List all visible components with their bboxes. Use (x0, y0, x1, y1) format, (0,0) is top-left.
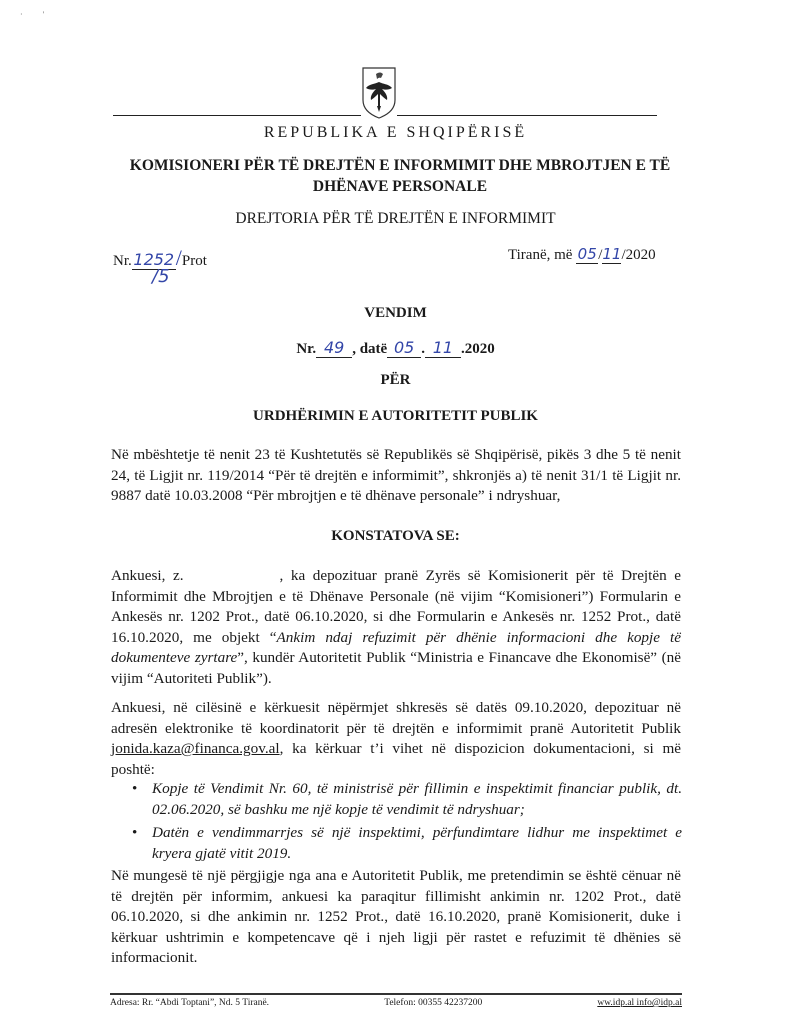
decision-month-handwritten: 11 (425, 338, 461, 358)
legal-basis-paragraph: Në mbështetje të nenit 23 të Kushtetutës… (111, 445, 681, 507)
konstatova-heading: KONSTATOVA SE: (0, 528, 791, 545)
request-paragraph: Ankuesi, në cilësinë e kërkuesit nëpërmj… (111, 698, 681, 780)
complaint-paragraph: Ankuesi, z., ka depozituar pranë Zyrës s… (111, 566, 681, 689)
year: /2020 (621, 247, 655, 263)
decision-nr-handwritten: 49 (316, 338, 352, 358)
footer: Adresa: Rr. “Abdi Toptani”, Nd. 5 Tiranë… (110, 998, 682, 1008)
decision-year: .2020 (461, 341, 495, 357)
list-item: Kopje të Vendimit Nr. 60, të ministrisë … (130, 779, 682, 820)
decision-title: VENDIM (0, 305, 791, 322)
footer-rule (110, 993, 682, 995)
footer-website-link[interactable]: ww.idp.al info@idp.al (597, 998, 682, 1008)
month-handwritten: 11 (602, 245, 621, 264)
protocol-prefix: Nr. (113, 253, 132, 269)
decision-day-handwritten: 05 (387, 338, 421, 358)
decision-date-prefix: , datë (352, 341, 387, 357)
place-prefix: Tiranë, më (508, 247, 572, 263)
per-heading: PËR (0, 372, 791, 389)
footer-phone: Telefon: 00355 42237200 (384, 998, 482, 1008)
coat-of-arms-icon (361, 66, 397, 120)
scan-specks: · ' (20, 10, 44, 19)
footer-address: Adresa: Rr. “Abdi Toptani”, Nd. 5 Tiranë… (110, 998, 269, 1008)
request-text: Ankuesi, në cilësinë e kërkuesit nëpërmj… (111, 699, 681, 737)
list-item: Datën e vendimmarrjes së një inspektimi,… (130, 823, 682, 864)
decision-subject: URDHËRIMIN E AUTORITETIT PUBLIK (0, 408, 791, 425)
institution-title: KOMISIONERI PËR TË DREJTËN E INFORMIMIT … (100, 155, 700, 197)
header-rule-right (397, 115, 657, 116)
complainant-label: Ankuesi, z. (111, 567, 184, 584)
decision-number: Nr.49, datë05.11.2020 (0, 338, 791, 358)
protocol-sub-handwritten: /5 (152, 266, 170, 287)
appeal-paragraph: Në mungesë të një përgjigje nga ana e Au… (111, 866, 681, 969)
decision-nr-prefix: Nr. (296, 341, 316, 357)
requested-documents-list: Kopje të Vendimit Nr. 60, të ministrisë … (130, 779, 682, 867)
day-handwritten: 05 (576, 245, 598, 264)
place-date: Tiranë, më 05/11/2020 (508, 245, 656, 264)
protocol-suffix: Prot (182, 253, 207, 269)
coordinator-email-link[interactable]: jonida.kaza@financa.gov.al (111, 740, 280, 757)
header-rule-left (113, 115, 361, 116)
department-title: DREJTORIA PËR TË DREJTËN E INFORMIMIT (0, 210, 791, 228)
republic-title: REPUBLIKA E SHQIPËRISË (0, 124, 791, 142)
